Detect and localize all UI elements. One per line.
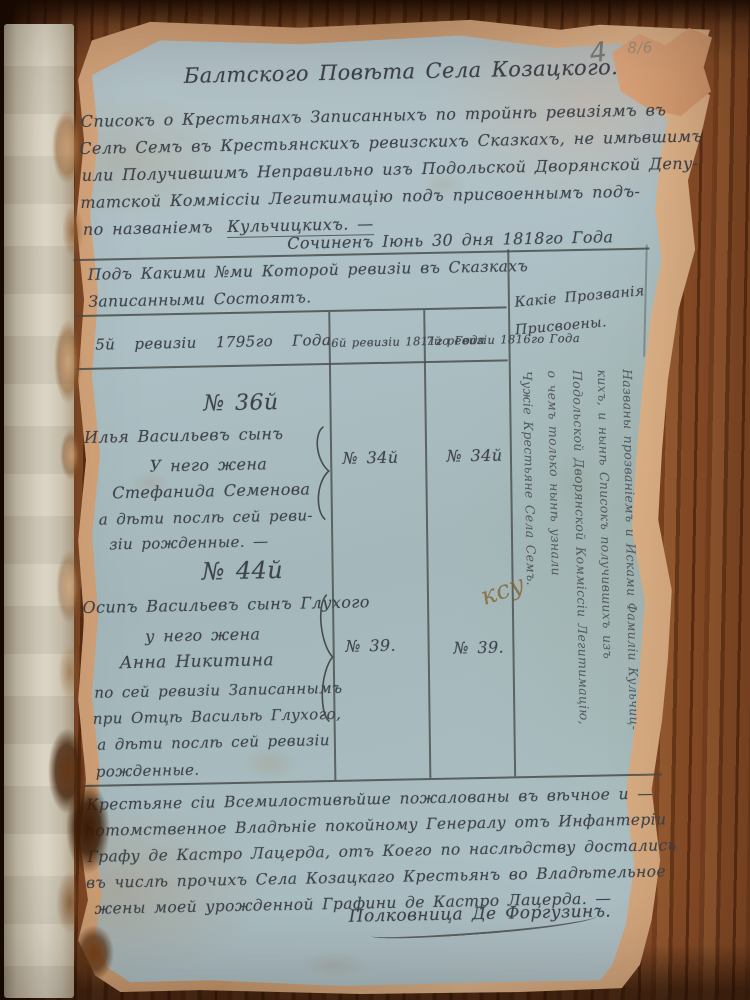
- column-header-rev5: 5й ревизіи 1795го Года: [95, 331, 331, 354]
- entry-number: № 44й: [202, 556, 284, 586]
- footer-line: потомственное Владѣніе покойному Генерал…: [85, 810, 667, 840]
- rev7-number: № 39.: [453, 638, 504, 658]
- entry-text-line: У него жена: [149, 454, 267, 475]
- entry-text-line: Анна Никитина: [119, 650, 274, 673]
- intro-line5-prefix: по названіемъ: [83, 217, 213, 239]
- stain: [60, 430, 82, 480]
- stain: [58, 645, 82, 699]
- stain: [56, 550, 82, 624]
- entry-text-line: а дѣти послѣ сей реви-: [99, 506, 314, 528]
- intro-line: Селѣ Семъ въ Крестьянскихъ ревизскихъ Ск…: [79, 126, 703, 158]
- rev6-number: № 34й: [342, 448, 398, 468]
- brace: [312, 593, 341, 725]
- entry-text-line: Илья Васильевъ сынъ: [84, 424, 284, 447]
- table-border-right: [643, 245, 647, 357]
- surname-vertical-note: Названы прозваніемъ и Исками Фамиліи Кул…: [512, 369, 647, 727]
- intro-line: или Получившимъ Неправильно изъ Подольск…: [82, 154, 699, 185]
- rev7-number: № 34й: [446, 446, 502, 466]
- stain: [62, 205, 84, 257]
- page-fraction-pencil: 8/6: [627, 38, 653, 57]
- footer-line: Крестьяне сіи Всемилостивѣйше пожалованы…: [86, 785, 653, 814]
- entry-text-line: у него жена: [145, 624, 261, 645]
- stain: [74, 925, 114, 981]
- table-header-line1: Подъ Какими №ми Которой ревизіи въ Сказк…: [88, 257, 529, 284]
- page-title: Балтского Повѣта Села Козацкого.: [184, 55, 619, 88]
- footer-line: Графу де Кастро Лацерда, отъ Коего по на…: [87, 836, 676, 866]
- intro-line: татской Комміссіи Легитимацію подъ присв…: [80, 182, 640, 212]
- table-subheader-divider: [76, 359, 508, 369]
- brace: [309, 425, 337, 522]
- footer-line: въ числѣ прочихъ Села Козацкаго Крестьян…: [86, 862, 666, 892]
- entry-text-line: зіи рожденные. —: [109, 532, 269, 553]
- table-header-line2: Записанными Состоятъ.: [88, 288, 311, 310]
- entry-number: № 36й: [203, 390, 278, 416]
- entry-text-line: Стефанида Семенова: [112, 479, 311, 502]
- entry-text-line: при Отцѣ Васильѣ Глухого,: [93, 705, 342, 728]
- stain: [52, 110, 82, 184]
- rev6-number: № 39.: [345, 636, 396, 656]
- stain: [54, 320, 82, 404]
- column-header-rev7: 7й ревизіи 1816го Года: [426, 331, 580, 348]
- document-content: 4 8/6 Балтского Повѣта Села Козацкого. С…: [0, 0, 750, 1000]
- stain: [56, 872, 84, 934]
- entry-text-line: рожденные.: [96, 761, 200, 781]
- entry-text-line: а дѣти послѣ сей ревизіи: [97, 731, 330, 754]
- surname-column-header-line1: Какіе Прозванія: [514, 283, 645, 311]
- intro-line: Списокъ о Крестьянахъ Записанныхъ по тро…: [81, 100, 667, 131]
- stain: [66, 782, 110, 874]
- entry-text-line: по сей ревизіи Записаннымъ: [94, 679, 343, 702]
- column-divider-rev7: [423, 310, 431, 778]
